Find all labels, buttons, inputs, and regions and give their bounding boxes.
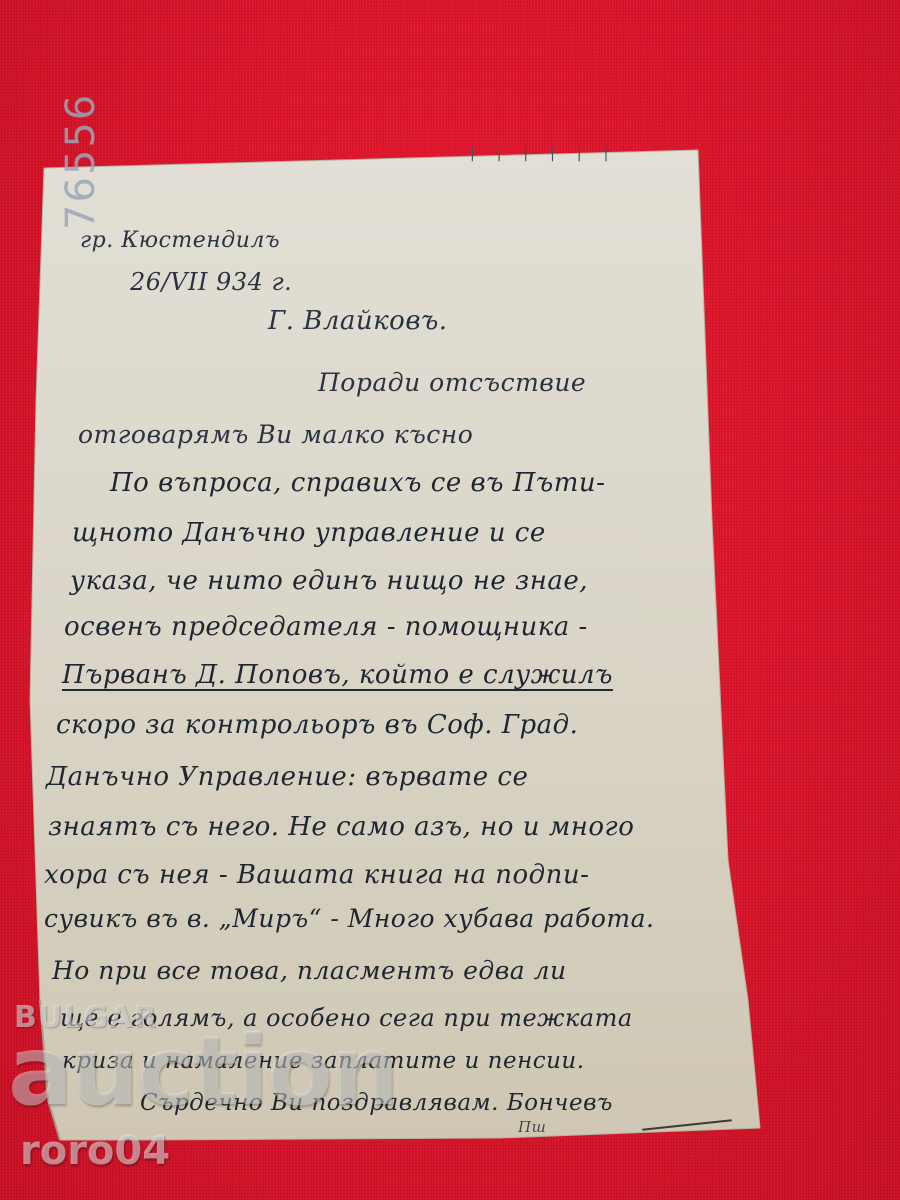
postscript-mark: Пш (518, 1118, 546, 1136)
body-line: знаятъ съ него. Не само азъ, но и много (48, 812, 634, 842)
body-line: Но при все това, пласментъ едва ли (52, 956, 567, 985)
body-line: хора съ нея - Вашата книга на подпи- (44, 860, 589, 890)
body-line: щното Данъчно управление и се (72, 518, 546, 548)
watermark-site-main: auction (8, 1015, 397, 1127)
header-salutation: Г. Влайковъ. (268, 306, 448, 336)
body-line: скоро за контрольоръ въ Соф. Град. (56, 710, 578, 740)
body-line: сувикъ въ в. „Миръ“ - Много хубава работ… (44, 904, 654, 933)
body-line: освенъ председателя - помощника - (64, 612, 588, 642)
body-line: Данъчно Управление: вървате се (46, 762, 528, 792)
body-line: отговарямъ Ви малко късно (78, 420, 473, 449)
body-line: указа, че нито единъ нищо не знае, (70, 566, 588, 596)
signature-underline (642, 1119, 732, 1130)
header-place: гр. Кюстендилъ (80, 228, 280, 253)
header-date: 26/VII 934 г. (130, 268, 292, 296)
body-line-underlined-name: Първанъ Д. Поповъ, който е служилъ (62, 660, 613, 690)
watermark-seller: roro04 (20, 1128, 170, 1174)
body-line: Поради отсъствие (318, 368, 586, 397)
body-line: По въпроса, справихъ се въ Пъти- (110, 468, 605, 498)
